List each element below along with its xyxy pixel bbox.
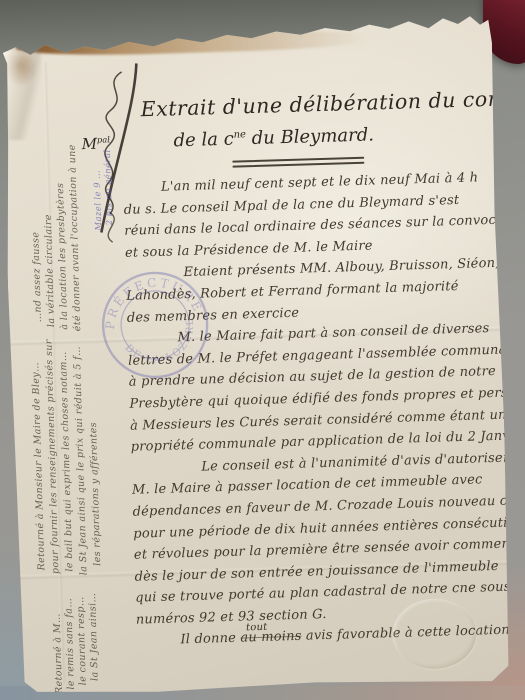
amendment: toutau moins xyxy=(240,626,302,649)
amended-pre: Il donne xyxy=(180,631,240,648)
embossed-seal xyxy=(391,598,477,670)
double-rule xyxy=(232,157,364,171)
margin-note: la véritable circulaire xyxy=(43,214,57,327)
manuscript-body: L'an mil neuf cent sept et le dix neuf M… xyxy=(123,167,509,653)
interline-insertion: tout xyxy=(246,617,268,639)
svg-text:DE LA LOZÈRE: DE LA LOZÈRE xyxy=(118,314,206,375)
photo-of-manuscript: Extrait d'une délibération du conseil Mp… xyxy=(0,0,525,700)
document-title: Extrait d'une délibération du conseil xyxy=(140,87,481,121)
stamp-arc-bottom-text: DE LA LOZÈRE xyxy=(118,314,206,375)
manuscript-page: Extrait d'une délibération du conseil Mp… xyxy=(0,9,512,697)
margin-note-blue: Mazel le 9 … xyxy=(93,170,105,231)
margin-note: les réparations y afférentes xyxy=(88,422,103,566)
margin-note: la St Jean ainsi… xyxy=(87,592,101,681)
title-commune: de la cne du Bleymard. xyxy=(173,124,374,151)
margin-note: …nd assez fausse xyxy=(30,231,44,322)
